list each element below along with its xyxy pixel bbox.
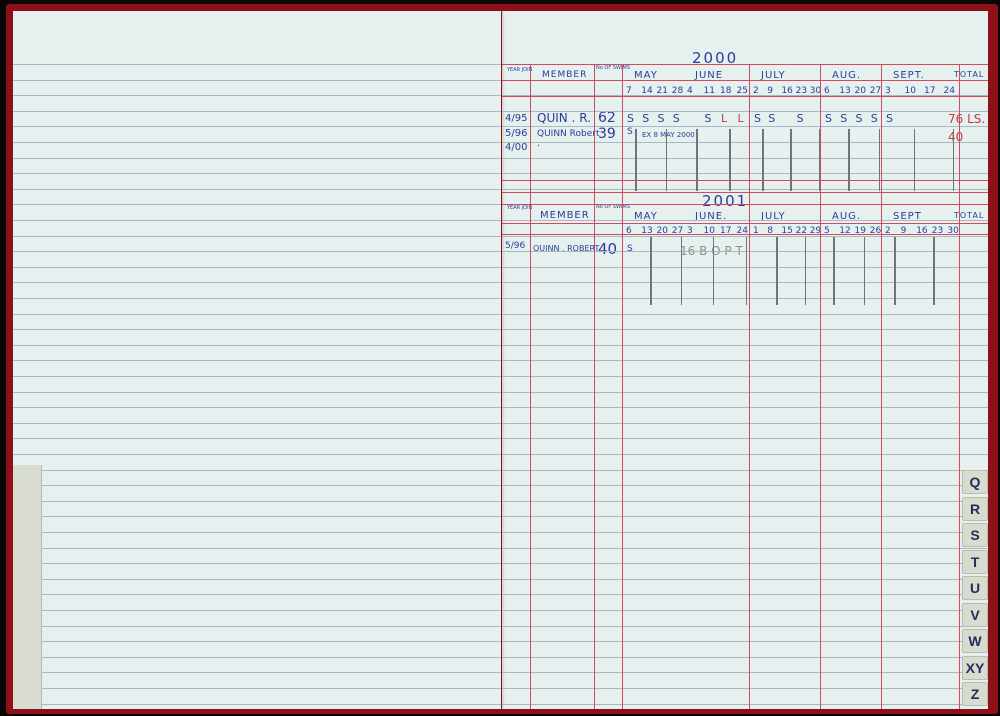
index-tab-z[interactable]: Z [962, 682, 988, 706]
row-swims: 40 [598, 242, 617, 257]
row-rule [502, 192, 988, 193]
year-2001-heading: 2001 [702, 194, 748, 209]
ruled-line [502, 626, 988, 627]
row-rule [502, 204, 988, 205]
attendance-mark: S [797, 113, 804, 124]
row-rule [502, 96, 988, 97]
ruled-line [13, 532, 501, 533]
ruled-line [13, 501, 501, 502]
ruled-line [502, 501, 988, 502]
attendance-mark: S [871, 113, 878, 124]
pencil-divider [729, 129, 731, 191]
attendance-mark: S [642, 113, 649, 124]
index-tab-v[interactable]: V [962, 603, 988, 627]
attendance-mark: S [825, 113, 832, 124]
right-page: 2000 YEAR JOIN MEMBER No OF SWIMS TOTAL … [502, 11, 988, 709]
pencil-divider [894, 237, 896, 305]
ruled-line [13, 610, 501, 611]
ruled-line [502, 142, 988, 143]
attendance-mark: S [856, 113, 863, 124]
attendance-mark: L [738, 113, 744, 124]
pencil-divider [848, 129, 850, 191]
pencil-divider [833, 237, 835, 305]
header-no-of-swims: No OF SWIMS [596, 66, 622, 71]
ruled-line [502, 610, 988, 611]
row-mark: S [627, 245, 633, 254]
pencil-divider [819, 129, 821, 191]
ruled-line [13, 64, 501, 65]
column-rule [749, 64, 750, 709]
pencil-divider [650, 237, 652, 305]
ruled-line [13, 407, 501, 408]
ruled-line [502, 579, 988, 580]
column-rule [959, 64, 960, 709]
ruled-line [13, 672, 501, 673]
ruled-line [13, 189, 501, 190]
pencil-divider [681, 237, 683, 305]
index-tab-w[interactable]: W [962, 629, 988, 653]
row-rule [502, 234, 988, 235]
ruled-line [502, 532, 988, 533]
ruled-line [13, 688, 501, 689]
ruled-line [13, 376, 501, 377]
ruled-line [502, 189, 988, 190]
ruled-line [502, 657, 988, 658]
ruled-line [502, 594, 988, 595]
ruled-line [13, 704, 501, 705]
ruled-line [13, 126, 501, 127]
index-tab-s[interactable]: S [962, 523, 988, 547]
pencil-divider [713, 237, 715, 305]
pencil-divider [879, 129, 881, 191]
row-rule [502, 64, 988, 65]
left-page [13, 11, 501, 709]
attendance-mark: S [627, 113, 634, 124]
pencil-divider [864, 237, 866, 305]
ruled-line [13, 236, 501, 237]
index-tab-q[interactable]: Q [962, 470, 988, 494]
pencil-divider [933, 237, 935, 305]
ruled-line [13, 657, 501, 658]
header-year-join: YEAR JOIN [507, 68, 527, 73]
ruled-line [13, 329, 501, 330]
ruled-line [502, 672, 988, 673]
ruled-line [502, 111, 988, 112]
pencil-divider [776, 237, 778, 305]
row-swims: 39 [598, 127, 616, 141]
index-tab-r[interactable]: R [962, 497, 988, 521]
ruled-line [13, 95, 501, 96]
row-note: EX 8 MAY 2000 [642, 132, 695, 139]
ruled-line [502, 516, 988, 517]
ruled-line [13, 423, 501, 424]
index-tab-t[interactable]: T [962, 550, 988, 574]
ruled-line [502, 485, 988, 486]
ruled-line [13, 594, 501, 595]
ruled-line [13, 282, 501, 283]
row-member: QUIN . R. [537, 112, 591, 124]
index-tab-xy[interactable]: XY [962, 656, 988, 680]
ruled-line [502, 392, 988, 393]
row-year-join: 4/00 [505, 143, 527, 153]
ruled-line [502, 704, 988, 705]
ruled-line [502, 688, 988, 689]
ruled-line [13, 267, 501, 268]
attendance-mark: S [673, 113, 680, 124]
row-rule [502, 223, 988, 224]
pencil-divider [746, 237, 748, 305]
ruled-line [13, 626, 501, 627]
attendance-mark: S [705, 113, 712, 124]
ruled-line [502, 329, 988, 330]
ruled-line [13, 641, 501, 642]
column-rule [881, 64, 882, 709]
index-tab-u[interactable]: U [962, 576, 988, 600]
ruled-line [502, 376, 988, 377]
ruled-line [13, 204, 501, 205]
ruled-line [502, 407, 988, 408]
pencil-divider [953, 129, 955, 191]
attendance-mark: S [768, 113, 775, 124]
ruled-line [502, 345, 988, 346]
row-member: QUINN Robert [537, 130, 600, 139]
ruled-line [502, 173, 988, 174]
ruled-line [13, 579, 501, 580]
ruled-line [502, 220, 988, 221]
ruled-line [502, 563, 988, 564]
ruled-line [13, 158, 501, 159]
ruled-line [502, 454, 988, 455]
ruled-line [502, 438, 988, 439]
pencil-divider [914, 129, 916, 191]
column-rule [622, 64, 623, 709]
ruled-line [13, 438, 501, 439]
ruled-line [13, 173, 501, 174]
ruled-line [13, 298, 501, 299]
ruled-line [13, 314, 501, 315]
pencil-divider [635, 129, 637, 191]
ruled-line [13, 220, 501, 221]
pencil-divider [790, 129, 792, 191]
ruled-line [13, 111, 501, 112]
ruled-line [502, 470, 988, 471]
row-year-join: 5/96 [505, 129, 527, 139]
ruled-line [502, 158, 988, 159]
cut-page-stub [13, 465, 42, 709]
pencil-divider [762, 129, 764, 191]
ruled-line [502, 360, 988, 361]
ruled-line [13, 454, 501, 455]
ruled-line [13, 516, 501, 517]
attendance-mark: L [721, 113, 727, 124]
ruled-line [13, 142, 501, 143]
ruled-line [13, 392, 501, 393]
header-no-of-swims: No OF SWIMS [596, 205, 622, 210]
ruled-line [13, 563, 501, 564]
ruled-line [502, 641, 988, 642]
column-rule [530, 64, 531, 709]
row-mark: S [627, 128, 633, 137]
ruled-line [13, 80, 501, 81]
ruled-line [13, 548, 501, 549]
row-swims: 62 [598, 111, 616, 125]
attendance-mark: S [840, 113, 847, 124]
ruled-line [13, 345, 501, 346]
row-member: · [537, 142, 540, 152]
row-year-join: 5/96 [505, 242, 525, 251]
ruled-line [502, 423, 988, 424]
ruled-line [502, 548, 988, 549]
row-rule [502, 180, 988, 181]
row-year-join: 4/95 [505, 114, 527, 124]
ruled-line [13, 251, 501, 252]
pencil-divider [805, 237, 807, 305]
ruled-line [13, 360, 501, 361]
ruled-line [13, 485, 501, 486]
ruled-line [13, 470, 501, 471]
attendance-mark: S [754, 113, 761, 124]
column-rule [594, 64, 595, 709]
row-rule [502, 80, 988, 81]
row-total: 76 LS. [948, 113, 985, 125]
attendance-mark: S [658, 113, 665, 124]
pencil-divider [666, 129, 668, 191]
pencil-divider [696, 129, 698, 191]
attendance-mark: S [886, 113, 893, 124]
header-year-join: YEAR JOIN [507, 206, 527, 211]
ruled-line [502, 314, 988, 315]
ruled-line [502, 126, 988, 127]
